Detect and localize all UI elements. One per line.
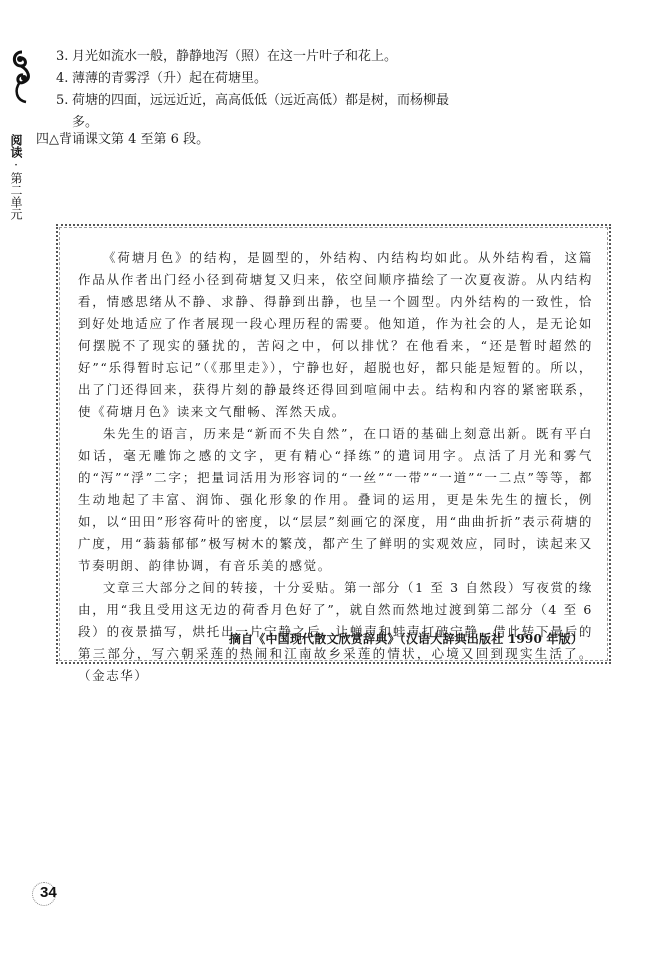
reading-box: 《荷塘月色》的结构，是圆型的，外结构、内结构均如此。从外结构看，这篇作品从作者出… <box>56 224 611 664</box>
reading-paragraph: 朱先生的语言，历来是“新而不失自然”，在口语的基础上刻意出新。既有平白如话，毫无… <box>78 423 593 577</box>
reading-paragraph: 《荷塘月色》的结构，是圆型的，外结构、内结构均如此。从外结构看，这篇作品从作者出… <box>78 247 593 423</box>
decorative-ornament-icon <box>8 48 36 106</box>
side-label-separator: · <box>9 158 23 172</box>
list-item: 4. 薄薄的青雾浮（升）起在荷塘里。 <box>56 68 449 90</box>
section-four-instruction: 四△背诵课文第 4 至第 6 段。 <box>36 130 209 150</box>
page-number: 34 <box>40 884 57 901</box>
list-item: 5. 荷塘的四面，远远近近，高高低低（远近高低）都是树，而杨柳最 <box>56 90 449 112</box>
exercise-list: 3. 月光如流水一般，静静地泻（照）在这一片叶子和花上。 4. 薄薄的青雾浮（升… <box>56 46 449 134</box>
side-label-unit: 第二单元 <box>9 172 23 220</box>
list-item-text: 薄薄的青雾浮（升）起在荷塘里。 <box>72 68 267 90</box>
page-number-badge: 34 <box>30 876 74 912</box>
source-citation: 摘自《中国现代散文欣赏辞典》（汉语大辞典出版社 1990 年版） <box>229 630 583 647</box>
list-item-text: 荷塘的四面，远远近近，高高低低（远近高低）都是树，而杨柳最 <box>72 90 449 112</box>
section-side-label: 阅读·第二单元 <box>9 134 23 220</box>
side-label-reading: 阅读 <box>9 134 23 158</box>
list-item-number: 4. <box>56 68 72 90</box>
list-item-number: 3. <box>56 46 72 68</box>
list-item-number: 5. <box>56 90 72 112</box>
reading-box-body: 《荷塘月色》的结构，是圆型的，外结构、内结构均如此。从外结构看，这篇作品从作者出… <box>78 247 593 687</box>
list-item: 3. 月光如流水一般，静静地泻（照）在这一片叶子和花上。 <box>56 46 449 68</box>
list-item-text: 月光如流水一般，静静地泻（照）在这一片叶子和花上。 <box>72 46 397 68</box>
